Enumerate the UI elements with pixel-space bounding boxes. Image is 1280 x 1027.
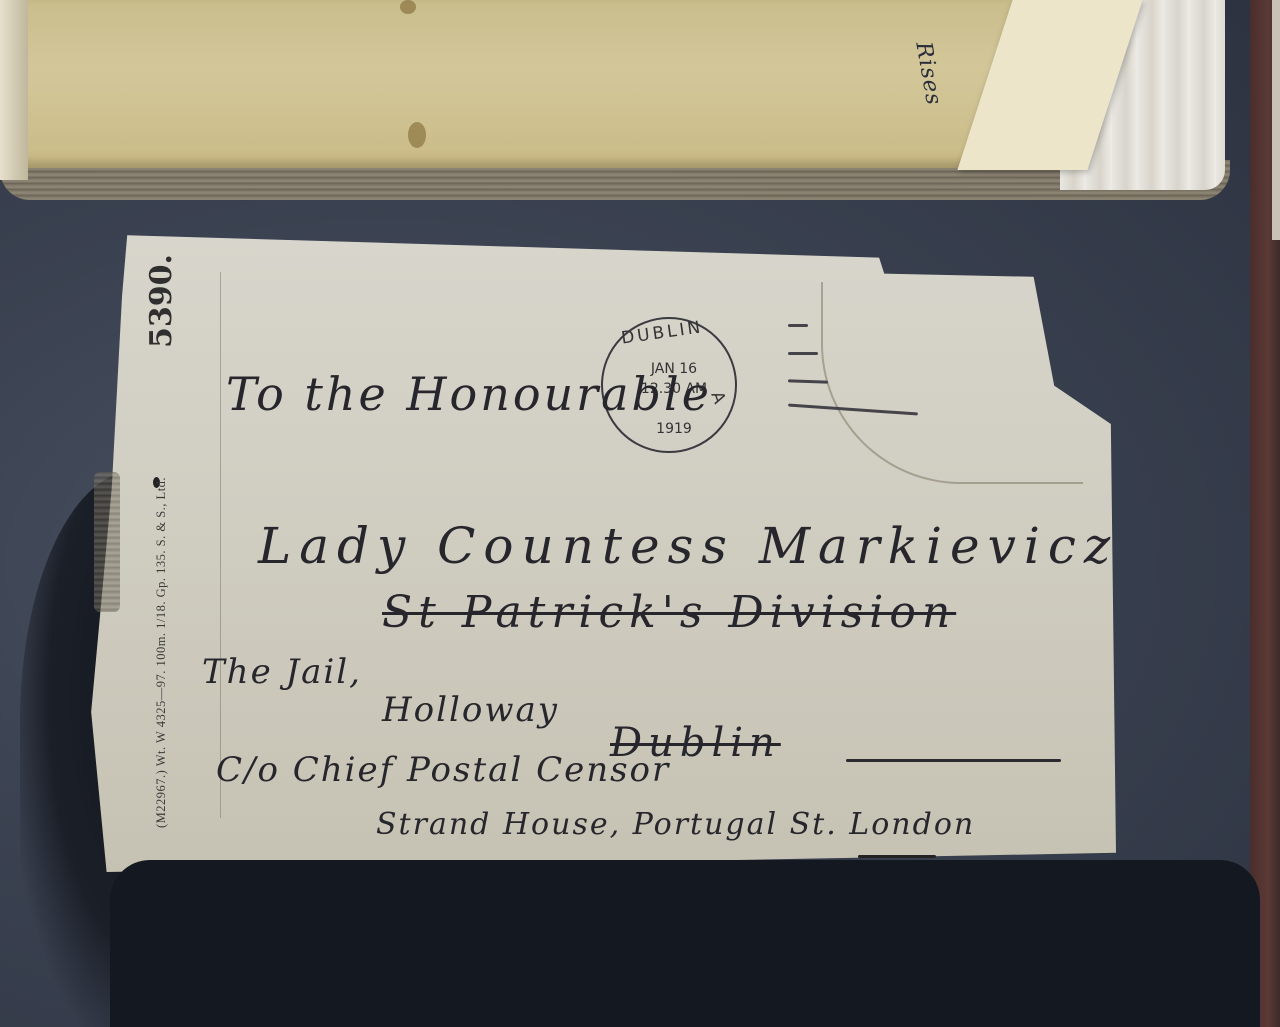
address-line-1: To the Honourable <box>226 367 712 421</box>
photographer-shadow <box>110 860 1260 1027</box>
torn-ornament-border <box>94 472 120 612</box>
display-case-scene: Rises 5390. (M22967.) Wt. W 4325—97. 100… <box>0 0 1280 1027</box>
cancel-line <box>788 352 818 355</box>
form-number: 5390. <box>144 254 179 348</box>
address-line-4: The Jail, <box>202 652 362 692</box>
address-line-5: Holloway <box>382 690 559 730</box>
strike-through-line <box>846 759 1061 762</box>
address-line-8: Strand House, Portugal St. London <box>376 807 975 842</box>
printer-line: (M22967.) Wt. W 4325—97. 100m. 1/18. Gp.… <box>154 477 169 828</box>
notebook: Rises <box>0 0 1235 205</box>
envelope: 5390. (M22967.) Wt. W 4325—97. 100m. 1/1… <box>86 232 1116 872</box>
adjacent-document-edge <box>1272 0 1280 240</box>
address-line-7-struck: Dublin <box>610 720 781 766</box>
stain <box>408 122 426 148</box>
postmark-year: 1919 <box>629 421 719 437</box>
address-line-2: Lady Countess Markievicz <box>258 517 1118 575</box>
cancel-line <box>788 324 808 327</box>
stain <box>400 0 416 14</box>
notebook-spine <box>0 0 28 180</box>
notebook-cover <box>15 0 1035 168</box>
underline <box>858 855 936 858</box>
address-line-6: C/o Chief Postal Censor <box>216 750 670 790</box>
address-line-3-struck: St Patrick's Division <box>382 587 956 638</box>
